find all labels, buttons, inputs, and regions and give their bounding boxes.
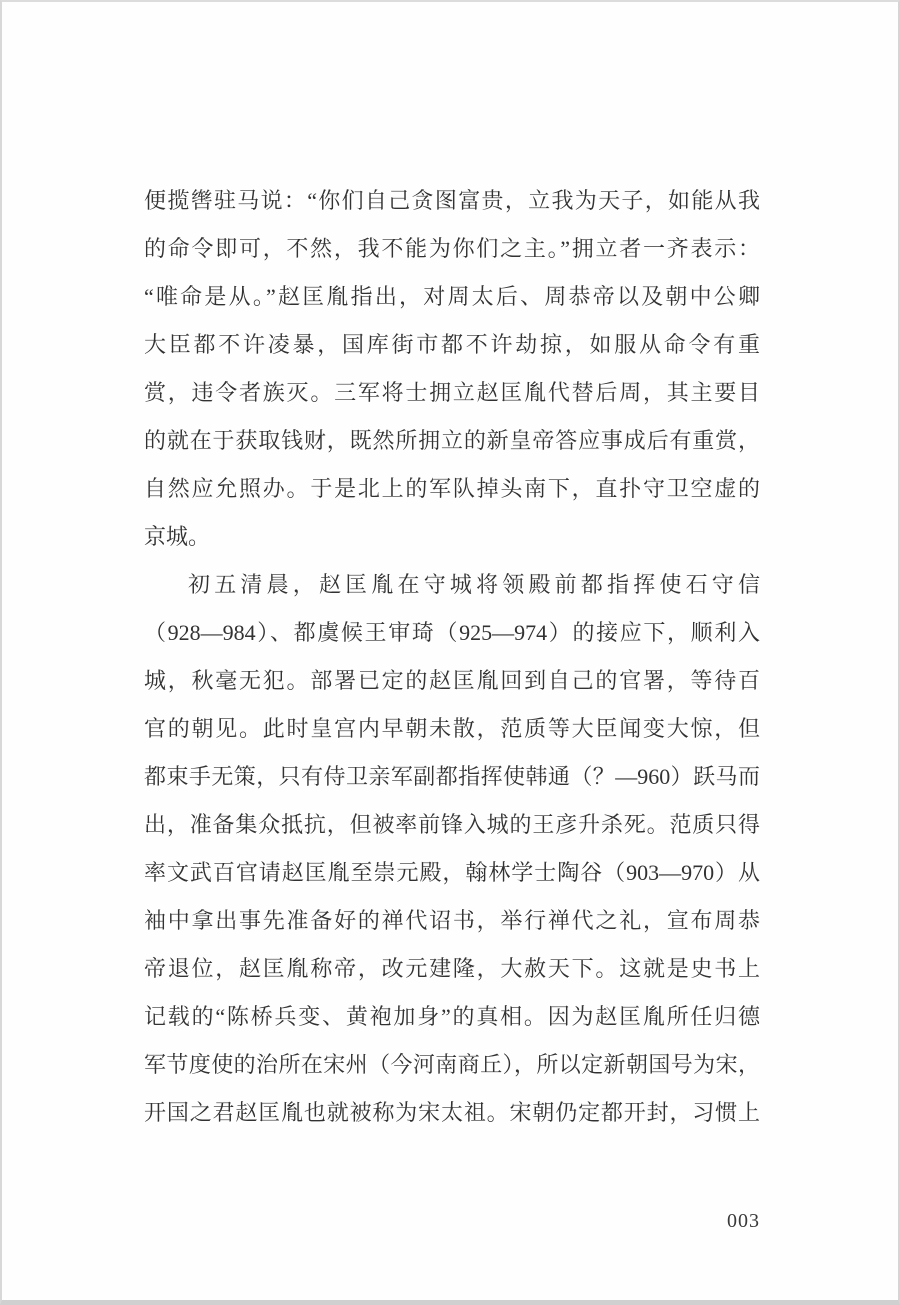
text-line: （928—984）、都虞候王审琦（925—974）的接应下，顺利入	[144, 609, 760, 657]
text-line: 袖中拿出事先准备好的禅代诏书，举行禅代之礼，宣布周恭	[144, 897, 760, 945]
text-line: 都束手无策，只有侍卫亲军副都指挥使韩通（？—960）跃马而	[144, 753, 760, 801]
text-line: 赏，违令者族灭。三军将士拥立赵匡胤代替后周，其主要目	[144, 369, 760, 417]
page-text: 便揽辔驻马说：“你们自己贪图富贵，立我为天子，如能从我 的命令即可，不然，我不能…	[144, 177, 760, 1137]
text-line: 军节度使的治所在宋州（今河南商丘），所以定新朝国号为宋，	[144, 1041, 760, 1089]
text-line: 大臣都不许凌暴，国库街市都不许劫掠，如服从命令有重	[144, 321, 760, 369]
text-line: 记载的“陈桥兵变、黄袍加身”的真相。因为赵匡胤所任归德	[144, 993, 760, 1041]
text-line: 开国之君赵匡胤也就被称为宋太祖。宋朝仍定都开封，习惯上	[144, 1089, 760, 1137]
text-line: 自然应允照办。于是北上的军队掉头南下，直扑守卫空虚的	[144, 465, 760, 513]
text-line: 的就在于获取钱财，既然所拥立的新皇帝答应事成后有重赏，	[144, 417, 760, 465]
book-page: 便揽辔驻马说：“你们自己贪图富贵，立我为天子，如能从我 的命令即可，不然，我不能…	[0, 0, 900, 1305]
page-number: 003	[144, 1210, 760, 1233]
text-line: 便揽辔驻马说：“你们自己贪图富贵，立我为天子，如能从我	[144, 177, 760, 225]
text-line: 率文武百官请赵匡胤至崇元殿，翰林学士陶谷（903—970）从	[144, 849, 760, 897]
text-line: 城，秋毫无犯。部署已定的赵匡胤回到自己的官署，等待百	[144, 657, 760, 705]
text-line: 帝退位，赵匡胤称帝，改元建隆，大赦天下。这就是史书上	[144, 945, 760, 993]
text-line: 京城。	[144, 513, 760, 561]
text-line: 初五清晨，赵匡胤在守城将领殿前都指挥使石守信	[144, 561, 760, 609]
text-line: 出，准备集众抵抗，但被率前锋入城的王彦升杀死。范质只得	[144, 801, 760, 849]
paragraph-1: 便揽辔驻马说：“你们自己贪图富贵，立我为天子，如能从我 的命令即可，不然，我不能…	[144, 177, 760, 561]
text-line: 官的朝见。此时皇宫内早朝未散，范质等大臣闻变大惊，但	[144, 705, 760, 753]
text-line: “唯命是从。”赵匡胤指出，对周太后、周恭帝以及朝中公卿	[144, 273, 760, 321]
paragraph-2: 初五清晨，赵匡胤在守城将领殿前都指挥使石守信 （928—984）、都虞候王审琦（…	[144, 561, 760, 1137]
text-line: 的命令即可，不然，我不能为你们之主。”拥立者一齐表示：	[144, 225, 760, 273]
